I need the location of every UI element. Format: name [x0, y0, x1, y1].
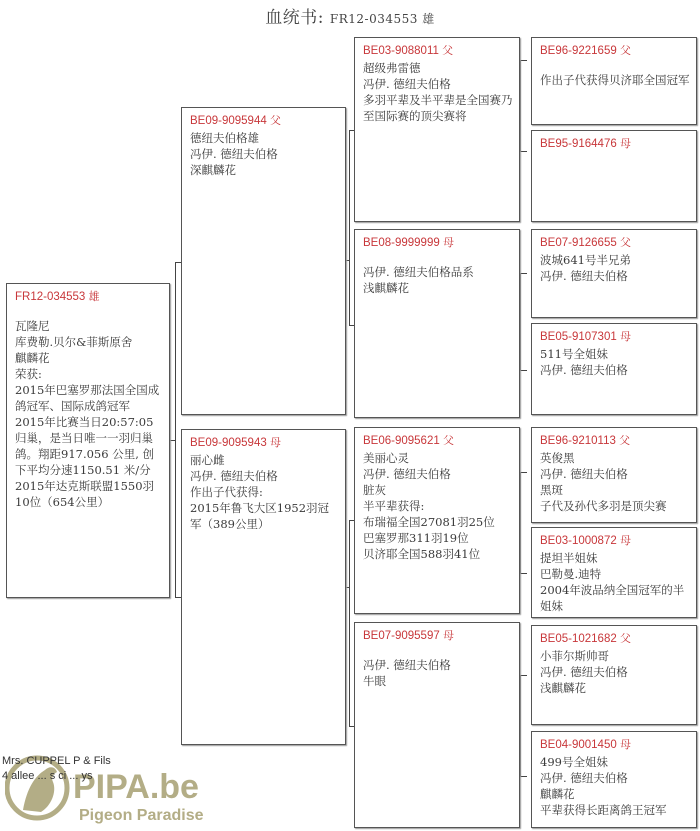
eye: 牛眼: [363, 673, 513, 689]
pedigree-card-ddd[interactable]: BE04-9001450 母 499号全姐妹 冯伊. 德纽夫伯格 麒麟花 平辈获…: [531, 731, 697, 828]
pedigree-card-sdd[interactable]: BE05-9107301 母 511号全姐妹 冯伊. 德纽夫伯格: [531, 323, 697, 415]
breeder: 冯伊. 德纽夫伯格: [540, 268, 690, 284]
color: 深麒麟花: [190, 162, 339, 178]
pedigree-card-sire[interactable]: BE09-9095944 父 德纽夫伯格雄 冯伊. 德纽夫伯格 深麒麟花: [181, 107, 346, 415]
ring-number: BE05-1021682 父: [540, 631, 690, 647]
note: 2004年波品纳全国冠军的半姐妹: [540, 582, 690, 614]
connector: [520, 273, 527, 371]
breeder: 冯伊. 德纽夫伯格: [190, 468, 339, 484]
title-code: FR12-034553 雄: [330, 12, 435, 26]
connector: [520, 675, 527, 777]
note: 波城641号半兄弟: [540, 252, 690, 268]
breeder: 冯伊. 德纽夫伯格: [540, 664, 690, 680]
breeder: 冯伊. 德纽夫伯格: [540, 466, 690, 482]
awards-label: 荣获:: [15, 366, 163, 382]
ring-number: BE09-9095944 父: [190, 113, 339, 129]
ring-number: BE07-9126655 父: [540, 235, 690, 251]
color: 麒麟花: [15, 350, 163, 366]
ring-number: FR12-034553 雄: [15, 289, 163, 305]
note: 子代及孙代多羽是顶尖赛: [540, 498, 690, 514]
breeder: 巴勒曼.迪特: [540, 566, 690, 582]
color: 浅麒麟花: [363, 280, 513, 296]
breeder: 冯伊. 德纽夫伯格: [540, 770, 690, 786]
pedigree-card-sire-dam[interactable]: BE08-9999999 母 冯伊. 德纽夫伯格品系 浅麒麟花: [354, 229, 520, 418]
note: 499号全姐妹: [540, 754, 690, 770]
bird-name: 超级弗雷德: [363, 60, 513, 76]
breeder: 冯伊. 德纽夫伯格品系: [363, 264, 513, 280]
ring-number: BE08-9999999 母: [363, 235, 513, 251]
pedigree-title: 血统书: FR12-034553 雄: [0, 3, 700, 28]
title-prefix: 血统书:: [265, 8, 324, 28]
ring-number: BE95-9164476 母: [540, 136, 690, 152]
breeder: 冯伊. 德纽夫伯格: [190, 146, 339, 162]
note: 作出子代获得贝济耶全国冠军: [540, 72, 690, 88]
note: 2015年鲁飞大区1952羽冠军（389公里）: [190, 500, 339, 532]
pedigree-card-dds[interactable]: BE05-1021682 父 小菲尔斯帅哥 冯伊. 德纽夫伯格 浅麒麟花: [531, 625, 697, 725]
pedigree-card-ssd[interactable]: BE95-9164476 母: [531, 130, 697, 222]
breeder: 库费勒.贝尔&菲斯原舍: [15, 334, 163, 350]
pedigree-card-dam-dam[interactable]: BE07-9095597 母 冯伊. 德纽夫伯格 牛眼: [354, 622, 520, 828]
breeder: 冯伊. 德纽夫伯格: [540, 362, 690, 378]
ring-number: BE03-9088011 父: [363, 43, 513, 59]
ring-number: BE96-9210113 父: [540, 433, 690, 449]
breeder: 冯伊. 德纽夫伯格: [363, 657, 513, 673]
color: 脏灰: [363, 482, 513, 498]
bird-name: 美丽心灵: [363, 450, 513, 466]
ring-number: BE04-9001450 母: [540, 737, 690, 753]
award-3: 2015年达克斯联盟1550羽10位（654公里）: [15, 478, 163, 510]
pedigree-card-subject[interactable]: FR12-034553 雄 瓦隆尼 库费勒.贝尔&菲斯原舍 麒麟花 荣获: 20…: [6, 283, 170, 598]
ring-number: BE05-9107301 母: [540, 329, 690, 345]
owner-name: Mrs. CUPPEL P & Fils: [2, 754, 111, 769]
note: 布瑞福全国27081羽25位: [363, 514, 513, 530]
ring-number: BE09-9095943 母: [190, 435, 339, 451]
ring-number: BE07-9095597 母: [363, 628, 513, 644]
pedigree-card-dss[interactable]: BE96-9210113 父 英俊黑 冯伊. 德纽夫伯格 黑斑 子代及孙代多羽是…: [531, 427, 697, 523]
ring-number: BE06-9095621 父: [363, 433, 513, 449]
connector: [520, 60, 527, 152]
bird-name: 小菲尔斯帅哥: [540, 648, 690, 664]
pedigree-card-dsd[interactable]: BE03-1000872 母 提坦半姐妹 巴勒曼.迪特 2004年波品纳全国冠军…: [531, 527, 697, 618]
pedigree-card-dam[interactable]: BE09-9095943 母 丽心雌 冯伊. 德纽夫伯格 作出子代获得: 201…: [181, 429, 346, 745]
note: 提坦半姐妹: [540, 550, 690, 566]
bird-name: 瓦隆尼: [15, 318, 163, 334]
pedigree-card-sss[interactable]: BE96-9221659 父 作出子代获得贝济耶全国冠军: [531, 37, 697, 125]
owner-info: Mrs. CUPPEL P & Fils 4 allee ... s ci ..…: [2, 754, 111, 784]
note: 平辈获得长距离鸽王冠军: [540, 802, 690, 818]
note: 贝济耶全国588羽41位: [363, 546, 513, 562]
svg-text:Pigeon Paradise: Pigeon Paradise: [79, 807, 204, 824]
pedigree-card-sire-sire[interactable]: BE03-9088011 父 超级弗雷德 冯伊. 德纽夫伯格 多羽平辈及半平辈是…: [354, 37, 520, 222]
award-1: 2015年巴塞罗那法国全国成鸽冠军、国际成鸽冠军: [15, 382, 163, 414]
award-2: 2015年比赛当日20:57:05归巢，是当日唯一一羽归巢鸽。翔距917.056…: [15, 414, 163, 478]
pedigree-card-dam-sire[interactable]: BE06-9095621 父 美丽心灵 冯伊. 德纽夫伯格 脏灰 半平辈获得: …: [354, 427, 520, 614]
connector: [520, 472, 527, 574]
note: 511号全姐妹: [540, 346, 690, 362]
note: 多羽平辈及半平辈是全国赛乃至国际赛的顶尖赛将: [363, 92, 513, 124]
ring-number: BE96-9221659 父: [540, 43, 690, 59]
bird-name: 丽心雌: [190, 452, 339, 468]
note: 半平辈获得:: [363, 498, 513, 514]
breeder: 冯伊. 德纽夫伯格: [363, 466, 513, 482]
color: 浅麒麟花: [540, 680, 690, 696]
color: 黑斑: [540, 482, 690, 498]
breeder: 冯伊. 德纽夫伯格: [363, 76, 513, 92]
ring-number: BE03-1000872 母: [540, 533, 690, 549]
color: 麒麟花: [540, 786, 690, 802]
bird-name: 德纽夫伯格雄: [190, 130, 339, 146]
pedigree-card-sds[interactable]: BE07-9126655 父 波城641号半兄弟 冯伊. 德纽夫伯格: [531, 229, 697, 318]
note: 作出子代获得:: [190, 484, 339, 500]
note: 巴塞罗那311羽19位: [363, 530, 513, 546]
bird-name: 英俊黑: [540, 450, 690, 466]
owner-address: 4 allee ... s ci ... ys: [2, 769, 111, 784]
